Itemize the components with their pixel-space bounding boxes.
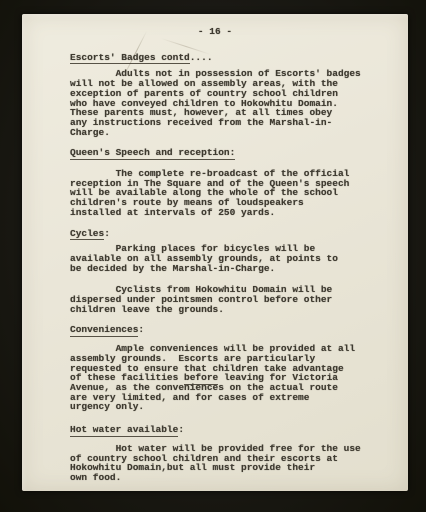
heading-suffix: : [104,228,110,239]
paragraph: Parking places for bicycles will be avai… [70,244,380,273]
section-queens-speech: Queen's Speech and reception: The comple… [70,148,380,217]
paragraph: Hot water will be provided free for the … [70,444,380,483]
heading-text: Escorts' Badges contd [70,52,190,65]
section-heading: Queen's Speech and reception: [70,148,380,158]
section-heading: Escorts' Badges contd.... [70,53,380,63]
section-heading: Cycles: [70,229,380,239]
page-number: - 16 - [22,27,408,37]
heading-suffix: .... [190,52,213,63]
heading-text: Queen's Speech and reception: [70,147,235,160]
paragraph: Adults not in possession of Escorts' bad… [70,69,380,137]
scanned-document-page: - 16 - Escorts' Badges contd.... Adults … [22,14,408,491]
heading-text: Cycles [70,228,104,241]
section-heading: Hot water available: [70,425,380,435]
section-conveniences: Conveniences: Ample conveniences will be… [70,325,380,412]
heading-text: Conveniences [70,324,138,337]
paragraph: Cyclists from Hokowhitu Domain will be d… [70,285,380,314]
section-cycles: Cycles: Parking places for bicycles will… [70,229,380,315]
heading-suffix: : [138,324,144,335]
heading-text: Hot water available [70,424,178,437]
paragraph: The complete re-broadcast of the officia… [70,169,380,218]
paragraph: Ample conveniences will be provided at a… [70,344,380,412]
section-escorts-badges: Escorts' Badges contd.... Adults not in … [70,53,380,138]
page-content: - 16 - Escorts' Badges contd.... Adults … [22,14,408,491]
heading-suffix: : [178,424,184,435]
section-hot-water: Hot water available: Hot water will be p… [70,425,380,483]
section-heading: Conveniences: [70,325,380,335]
